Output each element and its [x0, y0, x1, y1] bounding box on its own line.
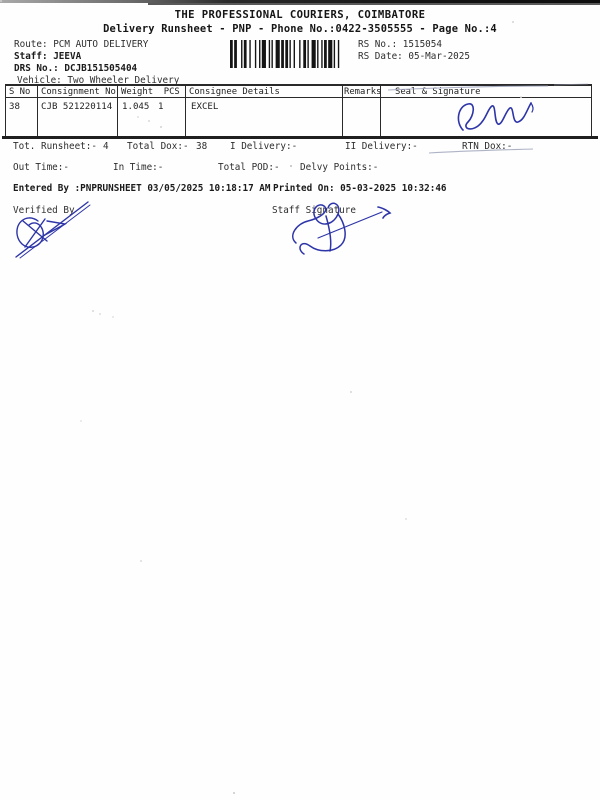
table-border-right [591, 84, 592, 136]
delivery-runsheet-document: THE PROFESSIONAL COURIERS, COIMBATORE De… [0, 0, 600, 800]
scan-noise-speckles [0, 0, 2, 2]
i-delivery-label: I Delivery:- [230, 142, 297, 152]
out-time-label: Out Time:- [13, 163, 69, 173]
drs-no-value: DCJB151505404 [64, 63, 137, 74]
table-border-left [5, 84, 6, 136]
route-label: Route: [14, 39, 48, 50]
total-dox-label: Total Dox:- [127, 142, 189, 152]
tot-runsheet-label: Tot. Runsheet:- [13, 142, 97, 152]
table-divider-4 [342, 84, 343, 136]
staff-field: Staff: JEEVA [14, 52, 81, 62]
row-consignment-no: CJB 521220114 [41, 102, 112, 112]
row-consignee-details: EXCEL [191, 102, 218, 112]
rs-no-label: RS No.: [358, 39, 397, 50]
col-header-seal-signature: Seal & Signature [395, 87, 481, 97]
ii-delivery-label: II Delivery:- [345, 142, 418, 152]
col-header-consignment-no: Consignment No [41, 87, 116, 97]
seal-cell-signature [458, 103, 533, 130]
in-time-label: In Time:- [113, 163, 163, 173]
entered-by-text: Entered By :PNPRUNSHEET 03/05/2025 10:18… [13, 184, 270, 194]
col-header-weight-pcs: Weight PCS [121, 87, 180, 97]
runsheet-subtitle: Delivery Runsheet - PNP - Phone No.:0422… [0, 24, 600, 34]
total-dox-value: 38 [196, 142, 207, 152]
ink-overlay [0, 0, 600, 800]
table-header-divider [5, 97, 592, 98]
verified-by-label: Verified By [13, 206, 75, 216]
staff-label: Staff: [14, 51, 48, 62]
rs-no-value: 1515054 [403, 39, 442, 50]
row-pcs: 1 [158, 102, 163, 112]
company-title: THE PROFESSIONAL COURIERS, COIMBATORE [0, 10, 600, 20]
staff-signature-label: Staff Signature [272, 206, 356, 216]
route-field: Route: PCM AUTO DELIVERY [14, 40, 148, 50]
printed-on-text: Printed On: 05-03-2025 10:32:46 [273, 184, 447, 194]
table-divider-2 [117, 84, 118, 136]
drs-no-label: DRS No.: [14, 63, 59, 74]
row-s-no: 38 [9, 102, 20, 112]
col-header-consignee-details: Consignee Details [189, 87, 280, 97]
table-divider-1 [37, 84, 38, 136]
scan-artifact-top-bar-dark [148, 3, 600, 5]
tot-runsheet-value: 4 [103, 142, 109, 152]
delvy-points-label: Delvy Points:- [300, 163, 378, 173]
drs-no-field: DRS No.: DCJB151505404 [14, 64, 137, 74]
table-top-border [5, 84, 592, 86]
rs-no-field: RS No.: 1515054 [358, 40, 442, 50]
col-header-s-no: S No [9, 87, 30, 97]
total-pod-label: Total POD:- [218, 163, 280, 173]
rtn-dox-label: RTN Dox:- [462, 142, 512, 152]
staff-value: JEEVA [53, 51, 81, 62]
barcode [230, 40, 342, 68]
col-header-remarks: Remarks [344, 87, 381, 97]
row-weight: 1.045 [122, 102, 149, 112]
rs-date-label: RS Date: [358, 51, 403, 62]
rs-date-value: 05-Mar-2025 [408, 51, 470, 62]
route-value: PCM AUTO DELIVERY [53, 39, 148, 50]
table-bottom-border [2, 136, 598, 139]
table-divider-3 [185, 84, 186, 136]
rs-date-field: RS Date: 05-Mar-2025 [358, 52, 470, 62]
